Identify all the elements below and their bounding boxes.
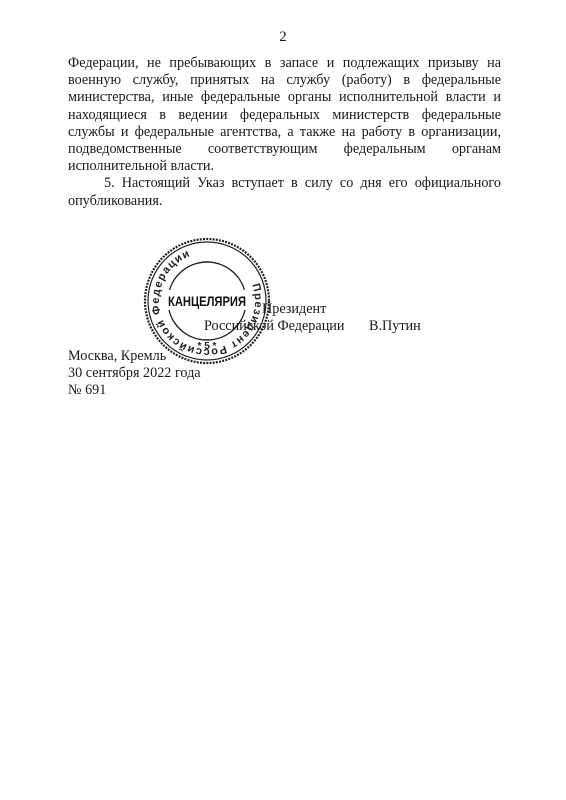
signing-details: Москва, Кремль 30 сентября 2022 года № 6… [68, 348, 201, 400]
signing-date: 30 сентября 2022 года [68, 365, 201, 382]
text-line: находящиеся в ведении федеральных минист… [68, 107, 501, 124]
paragraph-continuation: Федерации, не пребывающих в запасе и под… [68, 55, 501, 175]
paragraph-5: 5. Настоящий Указ вступает в силу со дня… [68, 175, 501, 209]
text-line: Федерации, не пребывающих в запасе и под… [68, 55, 501, 72]
document-body: Федерации, не пребывающих в запасе и под… [68, 55, 501, 210]
text-line: 5. Настоящий Указ вступает в силу со дня… [68, 175, 501, 192]
text-line: военную службу, принятых на службу (рабо… [68, 72, 501, 89]
stamp-center-text: КАНЦЕЛЯРИЯ [168, 293, 246, 309]
page-number: 2 [0, 29, 566, 46]
signatory-name: В.Путин [369, 318, 421, 335]
text-line: подведомственные соответствующим федерал… [68, 141, 501, 158]
official-seal-stamp: Президент Российской Федерации КАНЦЕЛЯРИ… [142, 236, 272, 366]
decree-number: № 691 [68, 382, 201, 399]
text-line: службы и федеральные агентства, а также … [68, 124, 501, 141]
signing-place: Москва, Кремль [68, 348, 201, 365]
text-line: исполнительной власти. [68, 158, 501, 175]
text-line: министерства, иные федеральные органы ис… [68, 89, 501, 106]
text-line: опубликования. [68, 193, 501, 210]
